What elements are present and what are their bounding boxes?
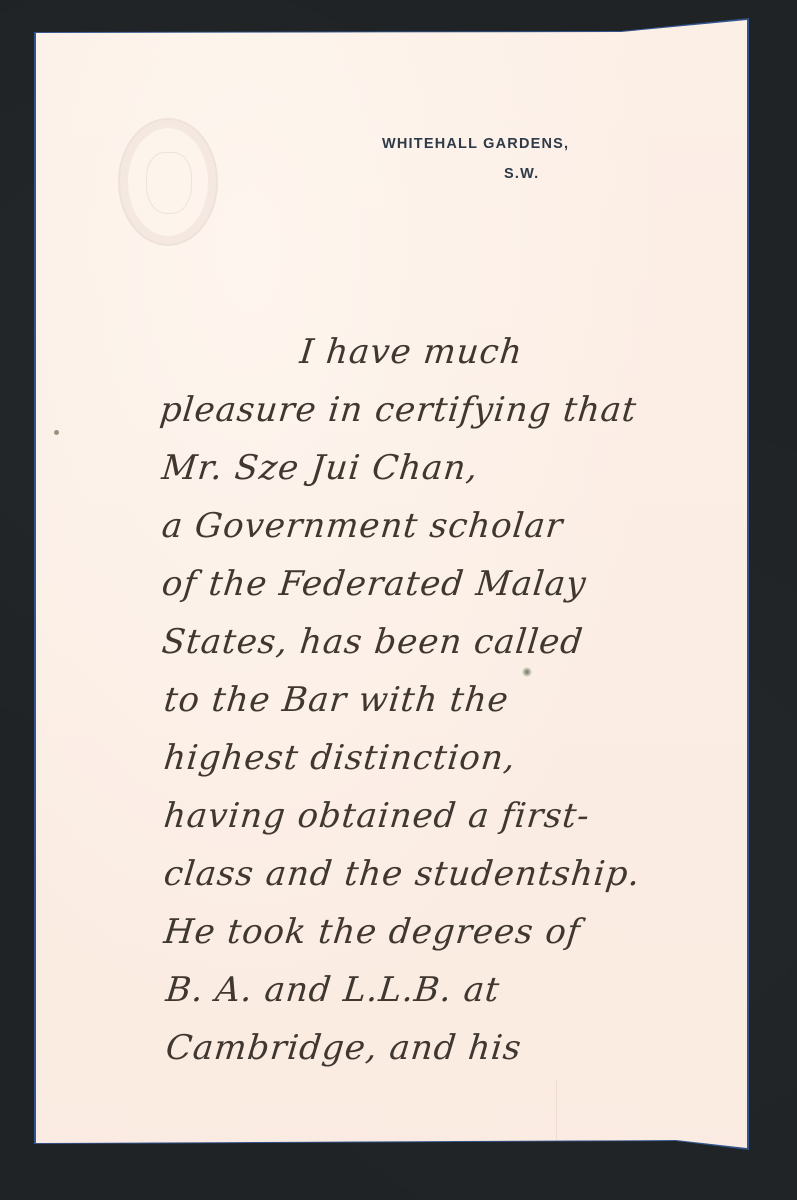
- letterhead-line-1: WHITEHALL GARDENS,: [382, 137, 569, 152]
- body-line: highest distinction,: [162, 738, 518, 778]
- body-line: having obtained a first-: [162, 796, 592, 836]
- body-line: States, has been called: [160, 622, 585, 662]
- body-line: of the Federated Malay: [160, 564, 589, 604]
- body-line: class and the studentship.: [162, 854, 643, 894]
- body-line: to the Bar with the: [162, 680, 511, 720]
- letterhead-address: WHITEHALL GARDENS, S.W.: [382, 137, 569, 152]
- body-line: pleasure in certifying that: [158, 390, 639, 430]
- body-line: B. A. and L.L.B. at: [164, 970, 502, 1010]
- embossed-seal-icon: [118, 118, 218, 246]
- body-line: Cambridge, and his: [164, 1028, 524, 1068]
- seal-crest-icon: [146, 152, 192, 214]
- paper-crease: [556, 1080, 557, 1140]
- paper-speck: [54, 430, 59, 435]
- body-line: He took the degrees of: [162, 912, 583, 952]
- body-line: a Government scholar: [160, 506, 565, 546]
- body-line: I have much: [298, 332, 525, 372]
- ink-blot: [522, 667, 532, 677]
- body-line: Mr. Sze Jui Chan,: [160, 448, 480, 488]
- letterhead-line-2: S.W.: [504, 167, 539, 182]
